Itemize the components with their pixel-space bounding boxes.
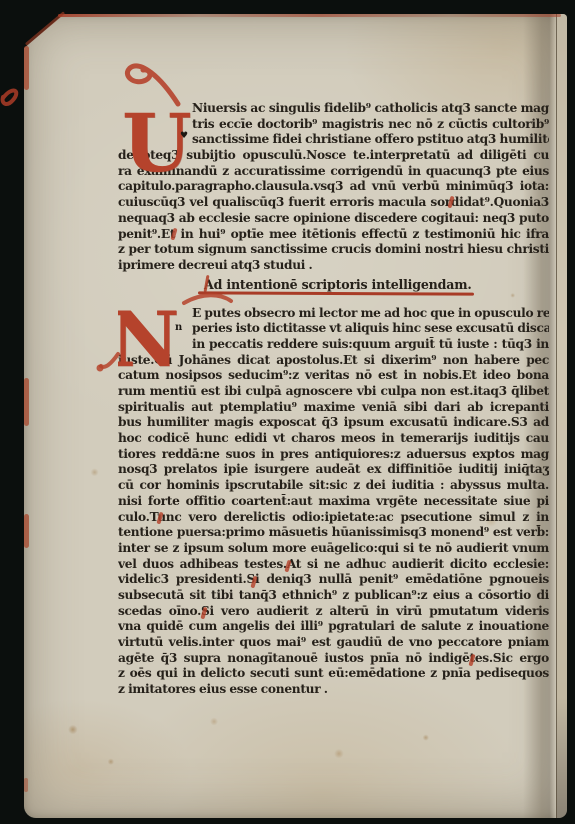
- paragraph-admonition: N n E putes obsecro mi lector me ad hoc …: [118, 306, 549, 698]
- text-line: nosq3 prelatos ipie isurgere audeāt ex d…: [118, 462, 549, 478]
- red-stained-left-edge: [24, 378, 29, 426]
- text-line: z imitatores eius esse conentur .: [118, 682, 549, 698]
- text-line: peries isto dictitasse vt aliquis hinc s…: [118, 321, 549, 337]
- text-line: virtutū velis.inter quos mai⁹ est gaudiū…: [118, 635, 549, 651]
- text-line: vna quidē cum angelis dei illi⁹ pgratula…: [118, 619, 549, 635]
- text-line: E putes obsecro mi lector me ad hoc que …: [118, 306, 549, 322]
- text-block: U ♥ Niuersis ac singulis fidelib⁹ cathol…: [118, 101, 549, 698]
- text-line: tiores reddā:ne suos in pres antiquiores…: [118, 447, 549, 463]
- red-stained-top-edge: [58, 14, 561, 17]
- text-line: cuiuscūq3 vel qualiscūq3 fuerit erroris …: [118, 195, 549, 211]
- guide-letter-mark: n: [175, 322, 182, 333]
- lombardic-initial-n: N: [118, 302, 179, 378]
- text-line: z per totum signum sanctissime crucis do…: [118, 242, 549, 258]
- red-stained-left-edge: [24, 514, 29, 548]
- text-line: scedas oīno.Si vero audierit z alterū in…: [118, 604, 549, 620]
- red-stained-left-edge: [24, 46, 29, 90]
- red-stained-left-edge: [24, 778, 28, 792]
- text-line: videlic3 presidenti.Si deniq3 nullā peni…: [118, 572, 549, 588]
- book-page: U ♥ Niuersis ac singulis fidelib⁹ cathol…: [24, 14, 567, 818]
- guide-letter-mark: ♥: [180, 131, 188, 141]
- text-line: z oēs qui in delicto secuti sunt eū:emēd…: [118, 666, 549, 682]
- text-line: spiritualis aut ptemplatiu⁹ maxime veniā…: [118, 400, 549, 416]
- text-line: nequaq3 ab ecclesie sacre opinione disce…: [118, 211, 549, 227]
- text-line: iprimere decreui atq3 studui .: [118, 258, 549, 274]
- red-heading-underline: [198, 291, 474, 295]
- text-line: catum nosipsos seducim⁹:z veritas nō est…: [118, 368, 549, 384]
- text-line: inter se z ipsum solum more euāgelico:qu…: [118, 541, 549, 557]
- text-line: penit⁹.Et in hui⁹ optīe mee itētionis ef…: [118, 227, 549, 243]
- text-line: agēte q̄3 supra nonagītanouē iustos pnīa…: [118, 651, 549, 667]
- section-heading-text: Ad intentionē scriptoris intelligendam.: [204, 277, 472, 292]
- text-line: bus humiliter magis exposcat q̄3 ipsum e…: [118, 415, 549, 431]
- lombardic-initial-u: U: [122, 103, 192, 183]
- section-heading: Ad intentionē scriptoris intelligendam.: [118, 277, 549, 293]
- text-line: hoc codicē hunc edidi vt charos meos in …: [118, 431, 549, 447]
- text-line: iuste.Cū Johānes dicat apostolus.Et si d…: [118, 353, 549, 369]
- text-line: tentione puersa:primo māsuetis hūanissim…: [118, 525, 549, 541]
- margin-scribble: [3, 90, 17, 103]
- text-line: subsecutā sit tibi tanq̄3 ethnich⁹ z pub…: [118, 588, 549, 604]
- underlying-page-edge: [556, 14, 567, 818]
- text-line: in peccatis reddere suis:quum arguit̄ tū…: [118, 337, 549, 353]
- book-scan: U ♥ Niuersis ac singulis fidelib⁹ cathol…: [0, 0, 575, 824]
- text-line: culo.Tunc vero derelictis odio:ipietate:…: [118, 510, 549, 526]
- text-line: rum mentiū est ibi culpā agnoscere vbi c…: [118, 384, 549, 400]
- paragraph-dedication: U ♥ Niuersis ac singulis fidelib⁹ cathol…: [118, 101, 549, 274]
- text-line: vel duos adhibeas testes.At si ne adhuc …: [118, 557, 549, 573]
- text-line: nisi forte offitio coartent̄:aut maxima …: [118, 494, 549, 510]
- text-line: cū cor hominis ipscrutabile sit:sic z de…: [118, 478, 549, 494]
